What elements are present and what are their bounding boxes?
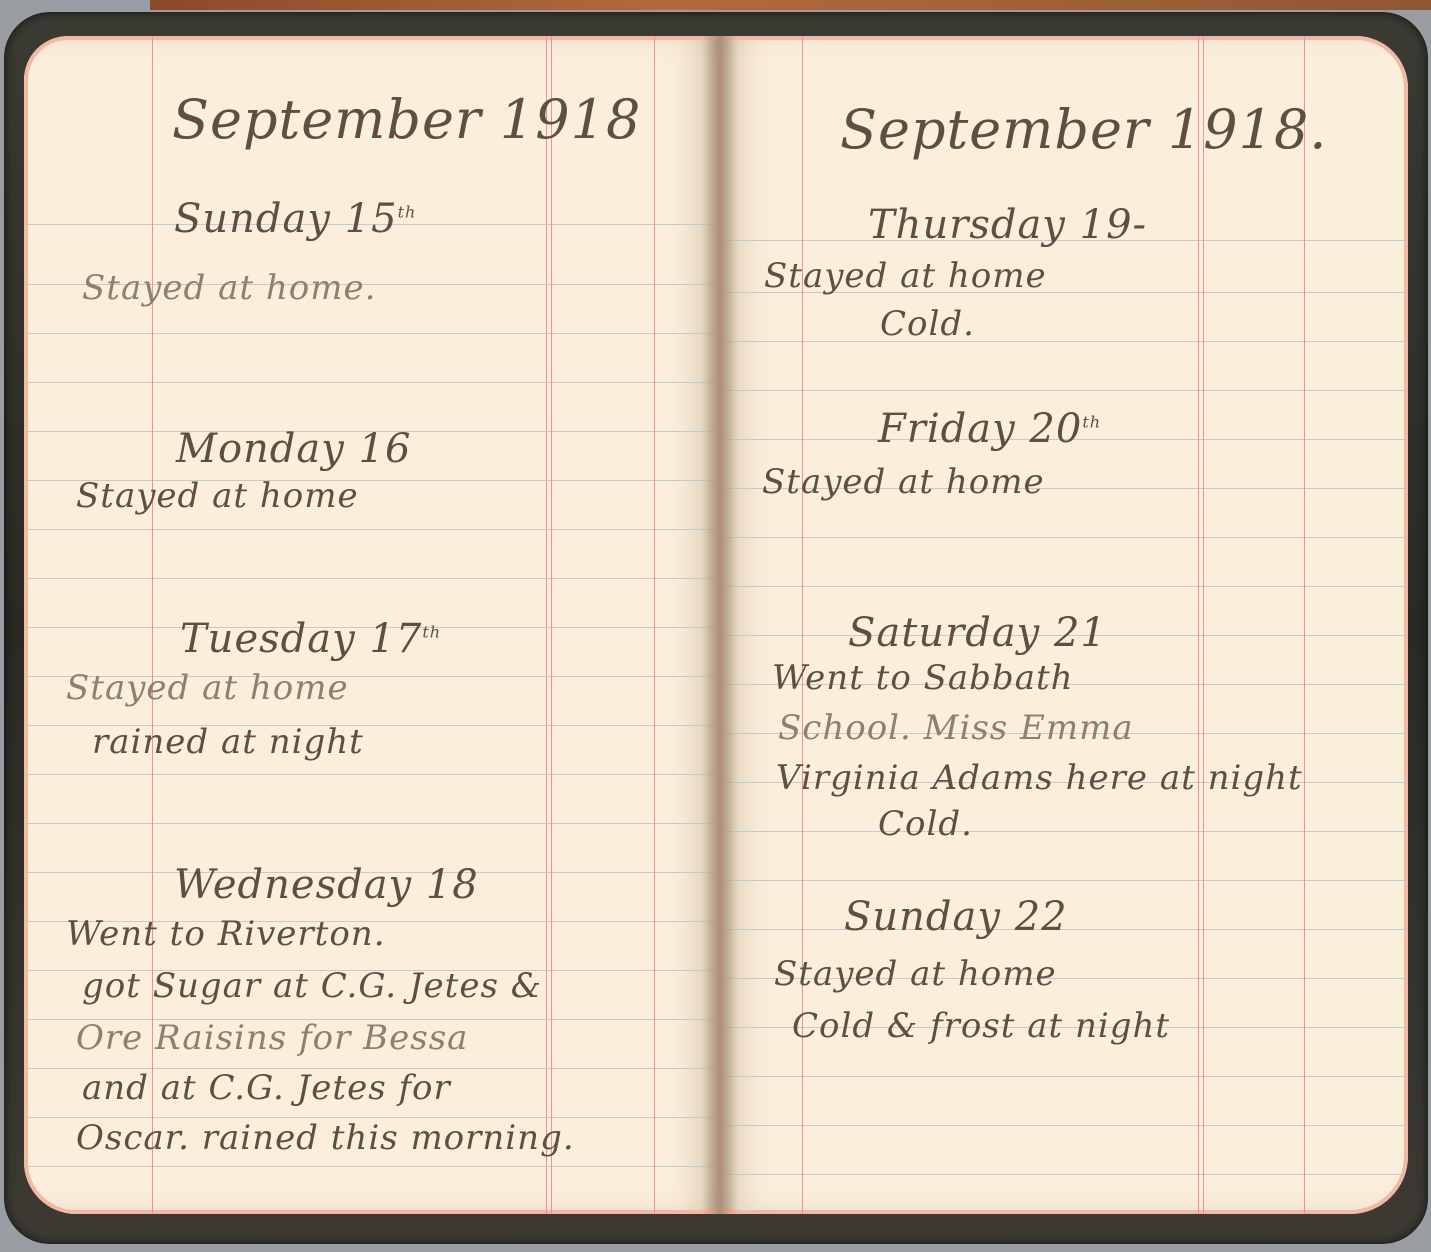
entry-line: Stayed at home [764,256,1047,296]
entry-day: Sunday 22 [844,894,1068,940]
entry-day: Saturday 21 [848,610,1107,656]
background-strip [150,0,1431,10]
entry-day: Friday 20th [878,406,1101,452]
entry-line: Cold. [880,304,975,344]
entry-line: Stayed at home [76,476,359,516]
entry-line: Cold. [878,804,973,844]
entry-line: rained at night [92,722,364,762]
page-header: September 1918 [172,88,641,151]
ruled-lines [24,223,722,1214]
entry-line: got Sugar at C.G. Jetes & [82,966,542,1006]
entry-line: Went to Sabbath [772,658,1074,698]
entry-day: Thursday 19- [868,202,1147,248]
entry-line: and at C.G. Jetes for [82,1068,451,1108]
entry-line: School. Miss Emma [778,708,1134,748]
book-gutter [702,36,738,1214]
column-rule [546,36,552,1214]
entry-line: Went to Riverton. [66,914,386,954]
entry-line: Virginia Adams here at night [776,758,1303,798]
entry-line: Stayed at home [66,668,349,708]
entry-day: Tuesday 17th [180,616,441,662]
entry-line: Cold & frost at night [792,1006,1170,1046]
entry-line: Stayed at home [774,954,1057,994]
entry-line: Stayed at home [762,462,1045,502]
column-rule [1304,36,1305,1214]
page-header: September 1918. [840,98,1327,161]
entry-day: Sunday 15th [174,196,416,242]
entry-day: Wednesday 18 [174,862,479,908]
entry-line: Stayed at home. [82,268,376,308]
entry-line: Oscar. rained this morning. [76,1118,575,1158]
right-page: September 1918. Thursday 19- Stayed at h… [718,36,1408,1214]
left-page: September 1918 Sunday 15th Stayed at hom… [24,36,722,1214]
column-rule [1198,36,1204,1214]
column-rule [654,36,655,1214]
entry-line: Ore Raisins for Bessa [76,1018,468,1058]
entry-day: Monday 16 [176,426,411,472]
